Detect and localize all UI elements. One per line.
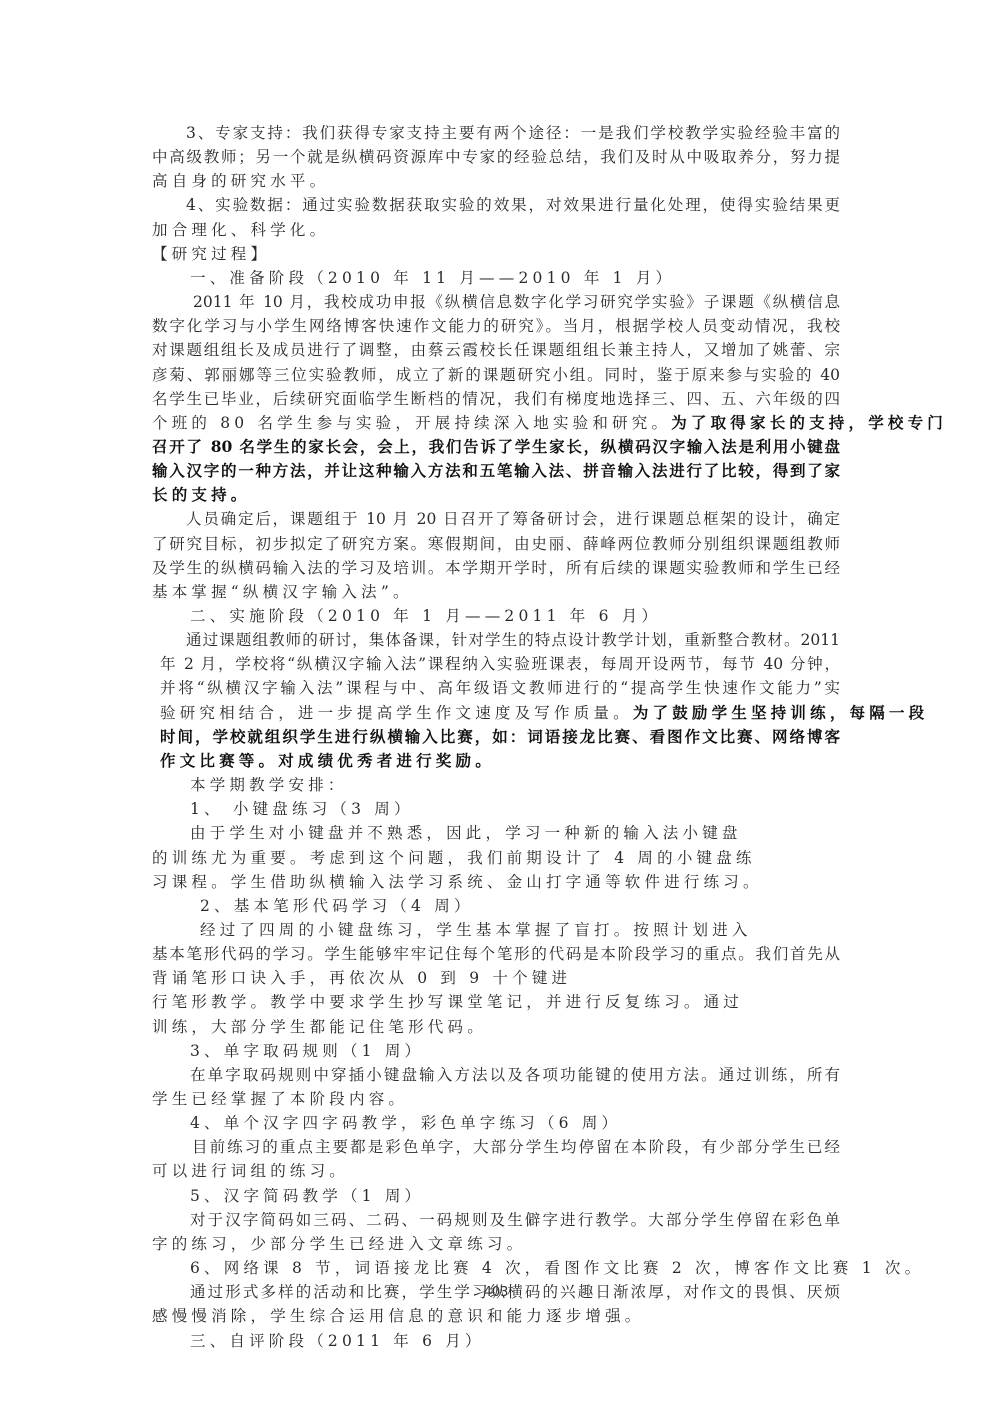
line-text: 召开了 80 名学生的家长会，会上，我们告诉了学生家长，纵横码汉字输入法是利用小… <box>152 437 840 456</box>
line-text: 本学期教学安排： <box>190 776 348 794</box>
text-line: 验研究相结合，进一步提高学生作文速度及写作质量。为了鼓励学生坚持训练，每隔一段 <box>160 702 928 724</box>
text-line: 【研究过程】 <box>152 243 270 265</box>
line-text: 高自身的研究水平。 <box>152 172 329 190</box>
text-line: 对于汉字简码如三码、二码、一码规则及生僻字进行教学。大部分学生停留在彩色单 <box>190 1209 840 1231</box>
line-text: 1、 小键盘练习（3 周） <box>190 800 414 818</box>
line-text: 加合理化、科学化。 <box>152 221 329 239</box>
text-line: 学生已经掌握了本阶段内容。 <box>152 1088 408 1110</box>
page-number: 403 <box>0 1285 992 1300</box>
text-line: 在单字取码规则中穿插小键盘输入方法以及各项功能键的使用方法。通过训练，所有 <box>190 1064 840 1086</box>
text-line: 对课题组组长及成员进行了调整，由蔡云霞校长任课题组组长兼主持人，又增加了姚蕾、宗 <box>152 339 840 361</box>
line-text: 一、准备阶段（2010 年 11 月——2010 年 1 月） <box>190 269 675 287</box>
line-text: 经过了四周的小键盘练习，学生基本掌握了盲打。按照计划进入 <box>200 921 752 939</box>
line-text: 并将“纵横汉字输入法”课程与中、高年级语文教师进行的“提高学生快速作文能力”实 <box>160 679 840 697</box>
line-text: 感慢慢消除，学生综合运用信息的意识和能力逐步增强。 <box>152 1307 645 1325</box>
text-line: 训练，大部分学生都能记住笔形代码。 <box>152 1016 487 1038</box>
text-line: 的训练尤为重要。考虑到这个问题，我们前期设计了 4 周的小键盘练 <box>152 847 756 869</box>
text-line: 基本笔形代码的学习。学生能够牢牢记住每个笔形的代码是本阶段学习的重点。我们首先从 <box>152 943 840 965</box>
line-text: 学生已经掌握了本阶段内容。 <box>152 1090 408 1108</box>
line-text: 可以进行词组的练习。 <box>152 1162 349 1180</box>
emphasized-text: 为了鼓励学生坚持训练，每隔一段 <box>633 703 929 722</box>
text-line: 并将“纵横汉字输入法”课程与中、高年级语文教师进行的“提高学生快速作文能力”实 <box>160 677 840 699</box>
line-text: 【研究过程】 <box>152 245 270 263</box>
text-line: 长的支持。 <box>152 484 251 506</box>
text-line: 彦菊、郭丽娜等三位实验教师，成立了新的课题研究小组。同时，鉴于原来参与实验的 4… <box>152 364 840 386</box>
line-text: 基本掌握“纵横汉字输入法”。 <box>152 583 413 601</box>
text-line: 二、实施阶段（2010 年 1 月——2011 年 6 月） <box>190 605 661 627</box>
text-line: 三、自评阶段（2011 年 6 月） <box>190 1330 485 1352</box>
line-text: 行笔形教学。教学中要求学生抄写课堂笔记，并进行反复练习。通过 <box>152 993 743 1011</box>
text-line: 个班的 80 名学生参与实验，开展持续深入地实验和研究。为了取得家长的支持，学校… <box>152 412 947 434</box>
text-line: 高自身的研究水平。 <box>152 170 329 192</box>
line-text: 时间，学校就组织学生进行纵横输入比赛，如：词语接龙比赛、看图作文比赛、网络博客 <box>160 727 840 746</box>
text-line: 6、网络课 8 节，词语接龙比赛 4 次，看图作文比赛 2 次，博客作文比赛 1… <box>190 1257 924 1279</box>
line-text: 对于汉字简码如三码、二码、一码规则及生僻字进行教学。大部分学生停留在彩色单 <box>190 1211 840 1229</box>
text-line: 3、单字取码规则（1 周） <box>190 1040 424 1062</box>
text-line: 名学生已毕业，后续研究面临学生断档的情况，我们有梯度地选择三、四、五、六年级的四 <box>152 388 840 410</box>
line-text: 人员确定后，课题组于 10 月 20 日召开了筹备研讨会，进行课题总框架的设计，… <box>186 510 840 528</box>
text-line: 行笔形教学。教学中要求学生抄写课堂笔记，并进行反复练习。通过 <box>152 991 743 1013</box>
text-line: 目前练习的重点主要都是彩色单字，大部分学生均停留在本阶段，有少部分学生已经 <box>192 1136 840 1158</box>
line-text: 中高级教师；另一个就是纵横码资源库中专家的经验总结，我们及时从中吸取养分，努力提 <box>152 148 840 166</box>
line-text: 通过课题组教师的研讨，集体备课，针对学生的特点设计教学计划，重新整合教材。201… <box>186 631 840 649</box>
text-line: 召开了 80 名学生的家长会，会上，我们告诉了学生家长，纵横码汉字输入法是利用小… <box>152 436 840 458</box>
line-text: 个班的 80 名学生参与实验，开展持续深入地实验和研究。 <box>152 414 671 432</box>
line-text: 训练，大部分学生都能记住笔形代码。 <box>152 1018 487 1036</box>
text-line: 通过课题组教师的研讨，集体备课，针对学生的特点设计教学计划，重新整合教材。201… <box>186 629 840 651</box>
text-line: 5、汉字简码教学（1 周） <box>190 1185 424 1207</box>
line-text: 三、自评阶段（2011 年 6 月） <box>190 1332 485 1350</box>
text-line: 一、准备阶段（2010 年 11 月——2010 年 1 月） <box>190 267 675 289</box>
line-text: 作文比赛等。对成绩优秀者进行奖励。 <box>160 751 495 770</box>
line-text: 及学生的纵横码输入法的学习及培训。本学期开学时，所有后续的课题实验教师和学生已经 <box>152 559 840 577</box>
line-text: 数字化学习与小学生网络博客快速作文能力的研究》。当月，根据学校人员变动情况，我校 <box>152 317 840 335</box>
line-text: 对课题组组长及成员进行了调整，由蔡云霞校长任课题组组长兼主持人，又增加了姚蕾、宗 <box>152 341 840 359</box>
emphasized-text: 为了取得家长的支持，学校专门 <box>671 413 947 432</box>
line-text: 在单字取码规则中穿插小键盘输入方法以及各项功能键的使用方法。通过训练，所有 <box>190 1066 840 1084</box>
document-page: 3、专家支持：我们获得专家支持主要有两个途径：一是我们学校教学实验经验丰富的中高… <box>0 0 992 1403</box>
line-text: 4、实验数据：通过实验数据获取实验的效果，对效果进行量化处理，使得实验结果更 <box>186 196 840 214</box>
line-text: 字的练习，少部分学生已经进入文章练习。 <box>152 1235 526 1253</box>
text-line: 基本掌握“纵横汉字输入法”。 <box>152 581 413 603</box>
text-line: 4、实验数据：通过实验数据获取实验的效果，对效果进行量化处理，使得实验结果更 <box>186 194 840 216</box>
text-line: 由于学生对小键盘并不熟悉，因此，学习一种新的输入法小键盘 <box>190 822 742 844</box>
line-text: 6、网络课 8 节，词语接龙比赛 4 次，看图作文比赛 2 次，博客作文比赛 1… <box>190 1259 924 1277</box>
line-text: 4、单个汉字四字码教学，彩色单字练习（6 周） <box>190 1114 621 1132</box>
line-text: 2011 年 10 月，我校成功申报《纵横信息数字化学习研究学实验》子课题《纵横… <box>193 293 840 311</box>
line-text: 了研究目标，初步拟定了研究方案。寒假期间，由史丽、薛峰两位教师分别组织课题组教师 <box>152 535 840 553</box>
line-text: 由于学生对小键盘并不熟悉，因此，学习一种新的输入法小键盘 <box>190 824 742 842</box>
text-line: 3、专家支持：我们获得专家支持主要有两个途径：一是我们学校教学实验经验丰富的 <box>186 122 840 144</box>
text-line: 2、基本笔形代码学习（4 周） <box>200 895 474 917</box>
line-text: 的训练尤为重要。考虑到这个问题，我们前期设计了 4 周的小键盘练 <box>152 849 756 867</box>
text-line: 感慢慢消除，学生综合运用信息的意识和能力逐步增强。 <box>152 1305 645 1327</box>
text-line: 人员确定后，课题组于 10 月 20 日召开了筹备研讨会，进行课题总框架的设计，… <box>186 508 840 530</box>
line-text: 彦菊、郭丽娜等三位实验教师，成立了新的课题研究小组。同时，鉴于原来参与实验的 4… <box>152 366 840 384</box>
line-text: 2、基本笔形代码学习（4 周） <box>200 897 474 915</box>
text-line: 作文比赛等。对成绩优秀者进行奖励。 <box>160 750 495 772</box>
text-line: 可以进行词组的练习。 <box>152 1160 349 1182</box>
text-line: 了研究目标，初步拟定了研究方案。寒假期间，由史丽、薛峰两位教师分别组织课题组教师 <box>152 533 840 555</box>
line-text: 5、汉字简码教学（1 周） <box>190 1187 424 1205</box>
text-line: 数字化学习与小学生网络博客快速作文能力的研究》。当月，根据学校人员变动情况，我校 <box>152 315 840 337</box>
line-text: 长的支持。 <box>152 485 251 504</box>
text-line: 加合理化、科学化。 <box>152 219 329 241</box>
line-text: 二、实施阶段（2010 年 1 月——2011 年 6 月） <box>190 607 661 625</box>
line-text: 目前练习的重点主要都是彩色单字，大部分学生均停留在本阶段，有少部分学生已经 <box>192 1138 840 1156</box>
text-line: 字的练习，少部分学生已经进入文章练习。 <box>152 1233 526 1255</box>
text-line: 及学生的纵横码输入法的学习及培训。本学期开学时，所有后续的课题实验教师和学生已经 <box>152 557 840 579</box>
text-line: 经过了四周的小键盘练习，学生基本掌握了盲打。按照计划进入 <box>200 919 752 941</box>
text-line: 年 2 月，学校将“纵横汉字输入法”课程纳入实验班课表，每周开设两节，每节 40… <box>160 653 840 675</box>
text-line: 习课程。学生借助纵横输入法学习系统、金山打字通等软件进行练习。 <box>152 871 763 893</box>
text-line: 背诵笔形口诀入手，再依次从 0 到 9 十个键进 <box>152 967 571 989</box>
line-text: 3、专家支持：我们获得专家支持主要有两个途径：一是我们学校教学实验经验丰富的 <box>186 124 840 142</box>
text-line: 本学期教学安排： <box>190 774 348 796</box>
line-text: 年 2 月，学校将“纵横汉字输入法”课程纳入实验班课表，每周开设两节，每节 40… <box>160 655 840 673</box>
text-line: 中高级教师；另一个就是纵横码资源库中专家的经验总结，我们及时从中吸取养分，努力提 <box>152 146 840 168</box>
line-text: 3、单字取码规则（1 周） <box>190 1042 424 1060</box>
text-line: 输入汉字的一种方法，并让这种输入方法和五笔输入法、拼音输入法进行了比较，得到了家 <box>152 460 840 482</box>
text-line: 1、 小键盘练习（3 周） <box>190 798 414 820</box>
text-line: 4、单个汉字四字码教学，彩色单字练习（6 周） <box>190 1112 621 1134</box>
line-text: 输入汉字的一种方法，并让这种输入方法和五笔输入法、拼音输入法进行了比较，得到了家 <box>152 461 840 480</box>
line-text: 习课程。学生借助纵横输入法学习系统、金山打字通等软件进行练习。 <box>152 873 763 891</box>
line-text: 名学生已毕业，后续研究面临学生断档的情况，我们有梯度地选择三、四、五、六年级的四 <box>152 390 840 408</box>
line-text: 基本笔形代码的学习。学生能够牢牢记住每个笔形的代码是本阶段学习的重点。我们首先从 <box>152 945 840 963</box>
text-line: 时间，学校就组织学生进行纵横输入比赛，如：词语接龙比赛、看图作文比赛、网络博客 <box>160 726 840 748</box>
line-text: 背诵笔形口诀入手，再依次从 0 到 9 十个键进 <box>152 969 571 987</box>
text-line: 2011 年 10 月，我校成功申报《纵横信息数字化学习研究学实验》子课题《纵横… <box>193 291 840 313</box>
line-text: 验研究相结合，进一步提高学生作文速度及写作质量。 <box>160 704 633 722</box>
